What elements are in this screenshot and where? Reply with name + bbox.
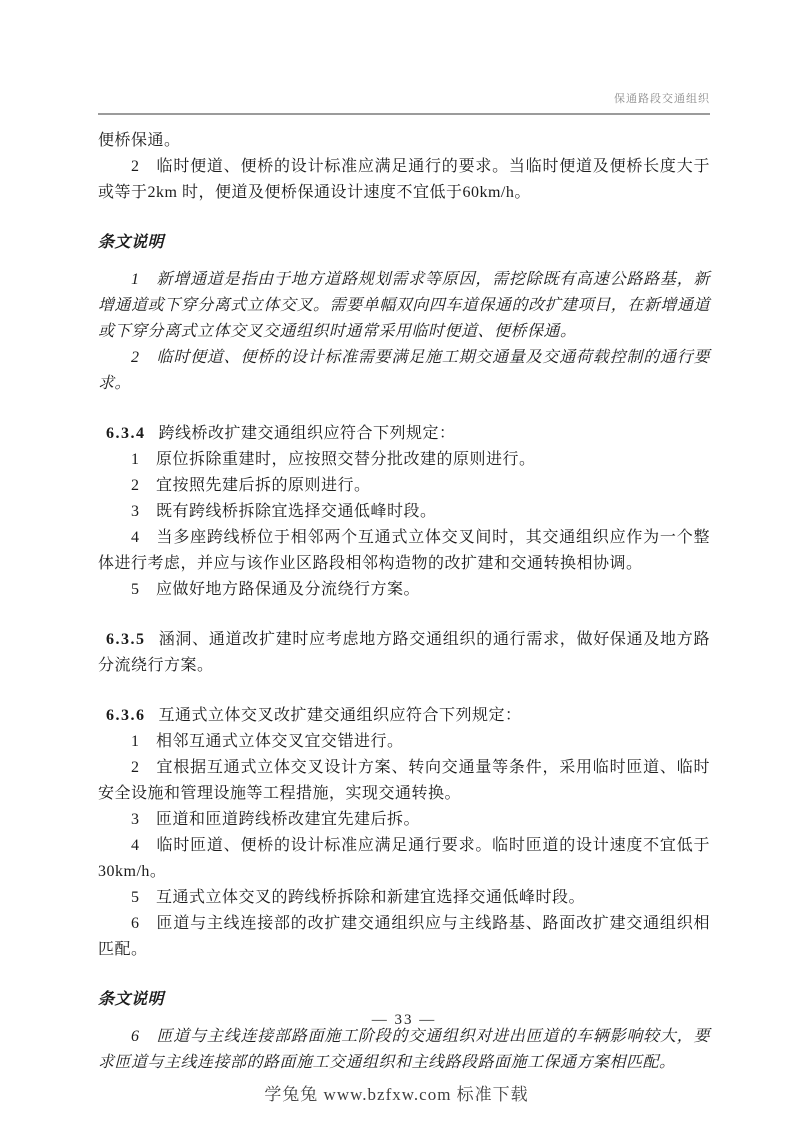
clause-item: 3 匝道和匝道跨线桥改建宜先建后拆。	[98, 807, 710, 833]
clause-text: 互通式立体交叉改扩建交通组织应符合下列规定：	[159, 707, 522, 724]
clause-text: 涵洞、通道改扩建时应考虑地方路交通组织的通行需求，做好保通及地方路分流绕行方案。	[98, 631, 710, 674]
clause-item: 5 互通式立体交叉的跨线桥拆除和新建宜选择交通低峰时段。	[98, 885, 710, 911]
clause-636-heading: 6.3.6互通式立体交叉改扩建交通组织应符合下列规定：	[98, 703, 710, 729]
clause-number: 6.3.6	[106, 707, 146, 724]
clause-item: 4 当多座跨线桥位于相邻两个互通式立体交叉间时，其交通组织应作为一个整体进行考虑…	[98, 525, 710, 577]
clause-item: 1 原位拆除重建时，应按照交替分批改建的原则进行。	[98, 447, 710, 473]
watermark-text: 学兔兔 www.bzfxw.com 标准下载	[0, 1080, 793, 1105]
clause-number: 6.3.5	[106, 631, 146, 648]
clause-item: 6 匝道与主线连接部的改扩建交通组织应与主线路基、路面改扩建交通组织相匹配。	[98, 911, 710, 963]
clause-item: 5 应做好地方路保通及分流绕行方案。	[98, 577, 710, 603]
header-rule	[98, 113, 710, 115]
explain-heading-1: 条文说明	[98, 230, 710, 256]
explain-heading-2: 条文说明	[98, 987, 710, 1013]
clause-item: 2 宜按照先建后拆的原则进行。	[98, 473, 710, 499]
clause-635-heading: 6.3.5涵洞、通道改扩建时应考虑地方路交通组织的通行需求，做好保通及地方路分流…	[98, 627, 710, 679]
explain-item: 1 新增通道是指由于地方道路规划需求等原因，需挖除既有高速公路路基，新增通道或下…	[98, 267, 710, 345]
explain-item: 2 临时便道、便桥的设计标准需要满足施工期交通量及交通荷载控制的通行要求。	[98, 345, 710, 397]
page-content: 保通路段交通组织 便桥保通。 2 临时便道、便桥的设计标准应满足通行的要求。当临…	[98, 90, 710, 1076]
document-page: 保通路段交通组织 便桥保通。 2 临时便道、便桥的设计标准应满足通行的要求。当临…	[0, 0, 793, 1122]
clause-634-heading: 6.3.4跨线桥改扩建交通组织应符合下列规定：	[98, 421, 710, 447]
paragraph-item: 2 临时便道、便桥的设计标准应满足通行的要求。当临时便道及便桥长度大于或等于2k…	[98, 154, 710, 206]
page-number: — 33 —	[98, 1012, 710, 1029]
explain-item: 6 匝道与主线连接部路面施工阶段的交通组织对进出匝道的车辆影响较大，要求匝道与主…	[98, 1024, 710, 1076]
clause-number: 6.3.4	[106, 425, 146, 442]
clause-text: 跨线桥改扩建交通组织应符合下列规定：	[159, 425, 456, 442]
clause-item: 1 相邻互通式立体交叉宜交错进行。	[98, 729, 710, 755]
running-header: 保通路段交通组织	[98, 90, 710, 113]
clause-item: 2 宜根据互通式立体交叉设计方案、转向交通量等条件，采用临时匝道、临时安全设施和…	[98, 755, 710, 807]
clause-item: 3 既有跨线桥拆除宜选择交通低峰时段。	[98, 499, 710, 525]
clause-item: 4 临时匝道、便桥的设计标准应满足通行要求。临时匝道的设计速度不宜低于30km/…	[98, 833, 710, 885]
paragraph-continuation: 便桥保通。	[98, 128, 710, 154]
